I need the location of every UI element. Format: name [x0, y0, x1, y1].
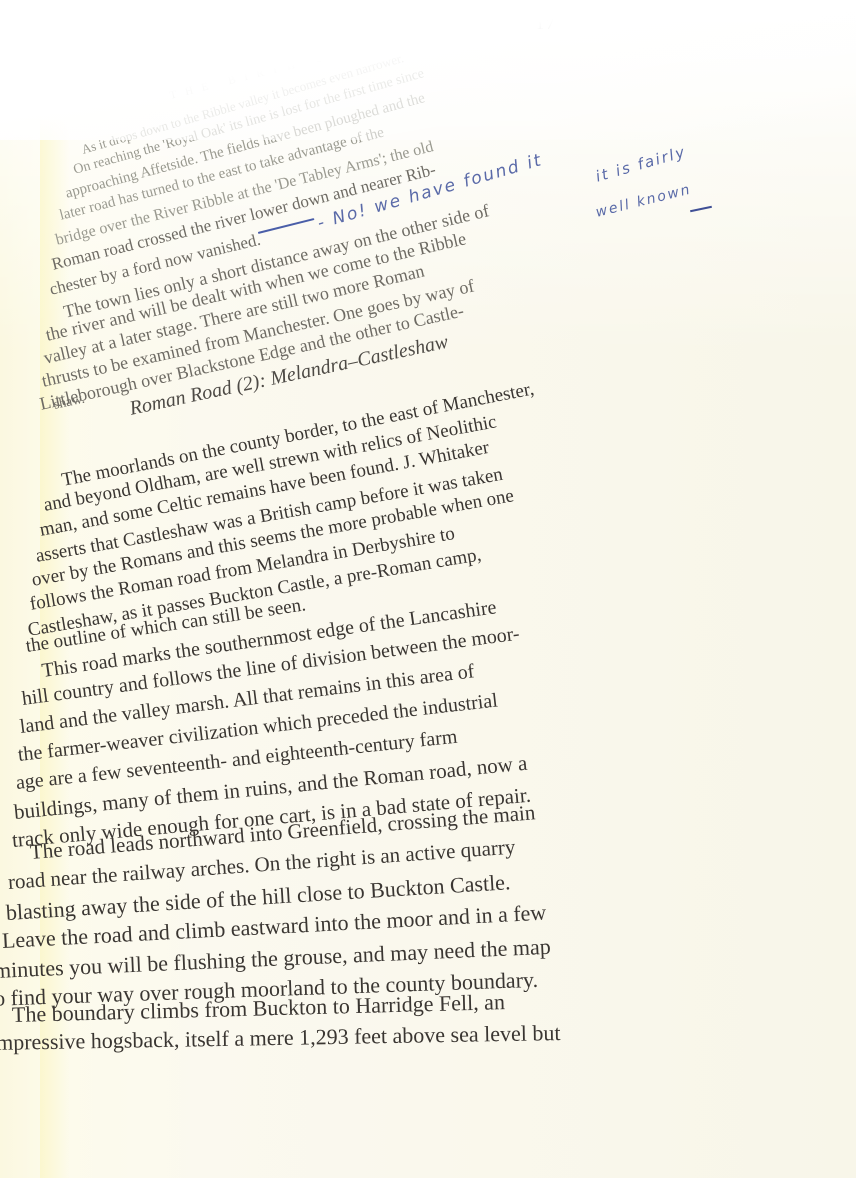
pen-underline: [690, 206, 712, 213]
book-page: 17 THE BIRTH OF THE ROADS As it drops do…: [0, 0, 856, 1178]
handwritten-note-margin: well known: [594, 181, 693, 220]
photo-glare: [0, 0, 856, 140]
handwritten-note-margin: it is fairly: [594, 143, 689, 186]
